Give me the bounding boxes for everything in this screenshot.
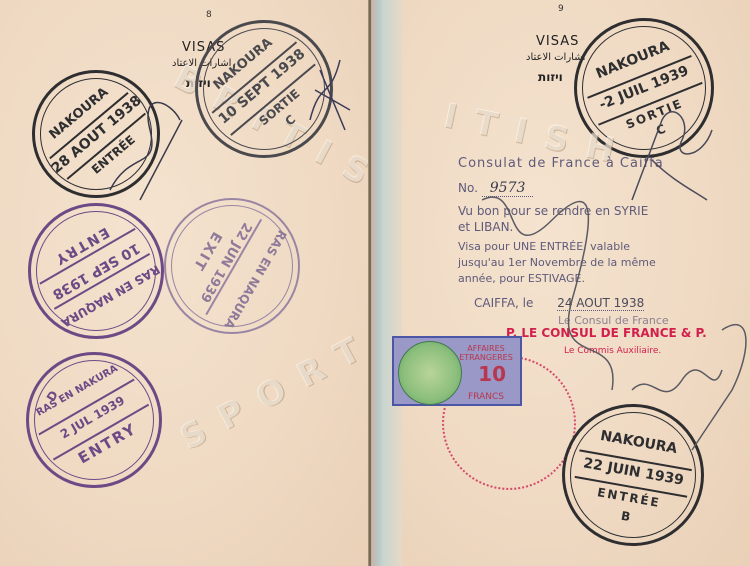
page-number: 9 xyxy=(558,4,564,14)
visas-heading-hebrew: ויזות xyxy=(538,70,563,84)
left-page: 8 VISAS اشارات الاعتاد ויזות BRITISH SPO… xyxy=(0,0,372,566)
fiscal-stamp-10-francs: AFFAIRES ETRANGERES 10 FRANCS xyxy=(392,336,522,406)
page-number: 8 xyxy=(206,10,212,20)
signature-scribble xyxy=(100,90,190,210)
marianne-medallion-icon xyxy=(398,341,462,405)
right-page: 9 VISAS اشارات الاعتاد ויזות NAKOURA -2 … xyxy=(402,0,750,566)
exit-stamp-ras-en-naqura-1939: RAS EN NAQURA 22 JUN 1939 EXIT xyxy=(164,198,300,334)
fiscal-line: AFFAIRES xyxy=(456,344,516,353)
gutter-fold xyxy=(369,0,371,566)
fiscal-value: 10 xyxy=(478,362,506,386)
passport-spread: 8 VISAS اشارات الاعتاد ויזות BRITISH SPO… xyxy=(0,0,750,566)
fiscal-line: ETRANGERES xyxy=(456,353,516,362)
fiscal-currency: FRANCS xyxy=(456,392,516,402)
emboss-passport: SPORT xyxy=(173,322,383,459)
signature-scribble xyxy=(622,100,722,210)
entry-stamp-ras-en-nakura-1939: D RAS EN NAKURA 2 JUL 1939 ENTRY xyxy=(26,352,162,488)
signature-scribble xyxy=(300,40,360,140)
entry-stamp-ras-en-naqura-1938: RAS EN NAQURA 10 SEP 1938 ENTRY xyxy=(28,203,164,339)
book-gutter xyxy=(368,0,402,566)
